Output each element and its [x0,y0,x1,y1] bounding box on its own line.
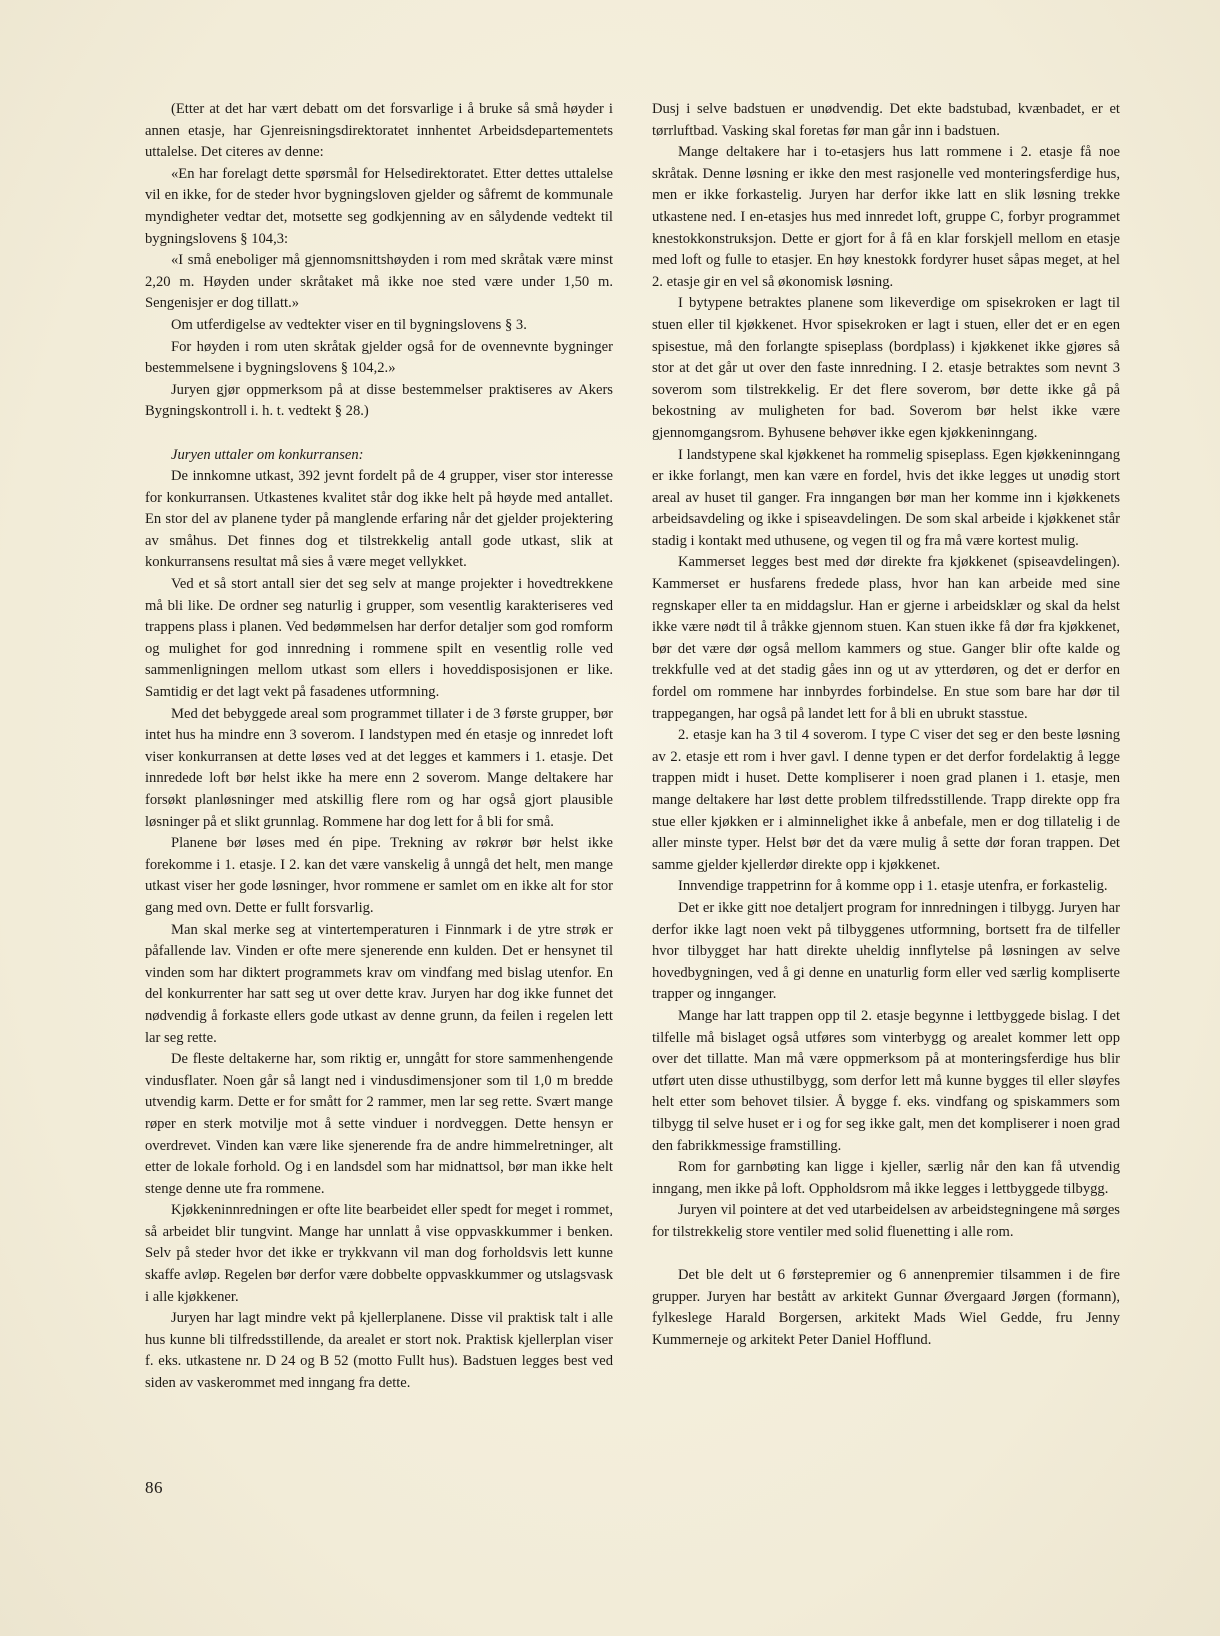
paragraph: Planene bør løses med én pipe. Trekning … [145,833,613,919]
paragraph: Mange deltakere har i to-etasjers hus la… [652,142,1120,293]
closing-paragraph: Det ble delt ut 6 førstepremier og 6 ann… [652,1265,1120,1351]
left-column: (Etter at det har vært debatt om det for… [145,99,613,1395]
paragraph: Rom for garnbøting kan ligge i kjeller, … [652,1157,1120,1200]
paragraph: Mange har latt trappen opp til 2. etasje… [652,1006,1120,1157]
paragraph: «I små eneboliger må gjennomsnittshøyden… [145,250,613,315]
paragraph: For høyden i rom uten skråtak gjelder og… [145,337,613,380]
paragraph: Med det bebyggede areal som programmet t… [145,704,613,834]
paragraph: Man skal merke seg at vintertemperaturen… [145,920,613,1050]
paragraph: Det er ikke gitt noe detaljert program f… [652,898,1120,1006]
paragraph-continuation: Dusj i selve badstuen er unødvendig. Det… [652,99,1120,142]
right-column: Dusj i selve badstuen er unødvendig. Det… [652,99,1120,1351]
paragraph: Ved et så stort antall sier det seg selv… [145,574,613,704]
paragraph: «En har forelagt dette spørsmål for Hels… [145,164,613,250]
paragraph: (Etter at det har vært debatt om det for… [145,99,613,164]
paragraph: I landstypene skal kjøkkenet ha rommelig… [652,445,1120,553]
paragraph: Kammerset legges best med dør direkte fr… [652,552,1120,725]
paragraph: De innkomne utkast, 392 jevnt fordelt på… [145,466,613,574]
paragraph: I bytypene betraktes planene som likever… [652,293,1120,444]
document-page: (Etter at det har vært debatt om det for… [0,0,1220,1636]
section-heading: Juryen uttaler om konkurransen: [145,445,613,467]
paragraph: Kjøkkeninnredningen er ofte lite bearbei… [145,1200,613,1308]
paragraph: Juryen vil pointere at det ved utarbeide… [652,1200,1120,1243]
paragraph: Om utferdigelse av vedtekter viser en ti… [145,315,613,337]
paragraph: Juryen gjør oppmerksom på at disse beste… [145,380,613,423]
paragraph: Innvendige trappetrinn for å komme opp i… [652,876,1120,898]
paragraph: 2. etasje kan ha 3 til 4 soverom. I type… [652,725,1120,876]
paragraph: De fleste deltakerne har, som riktig er,… [145,1049,613,1200]
page-number: 86 [145,1478,163,1498]
paragraph: Juryen har lagt mindre vekt på kjellerpl… [145,1308,613,1394]
